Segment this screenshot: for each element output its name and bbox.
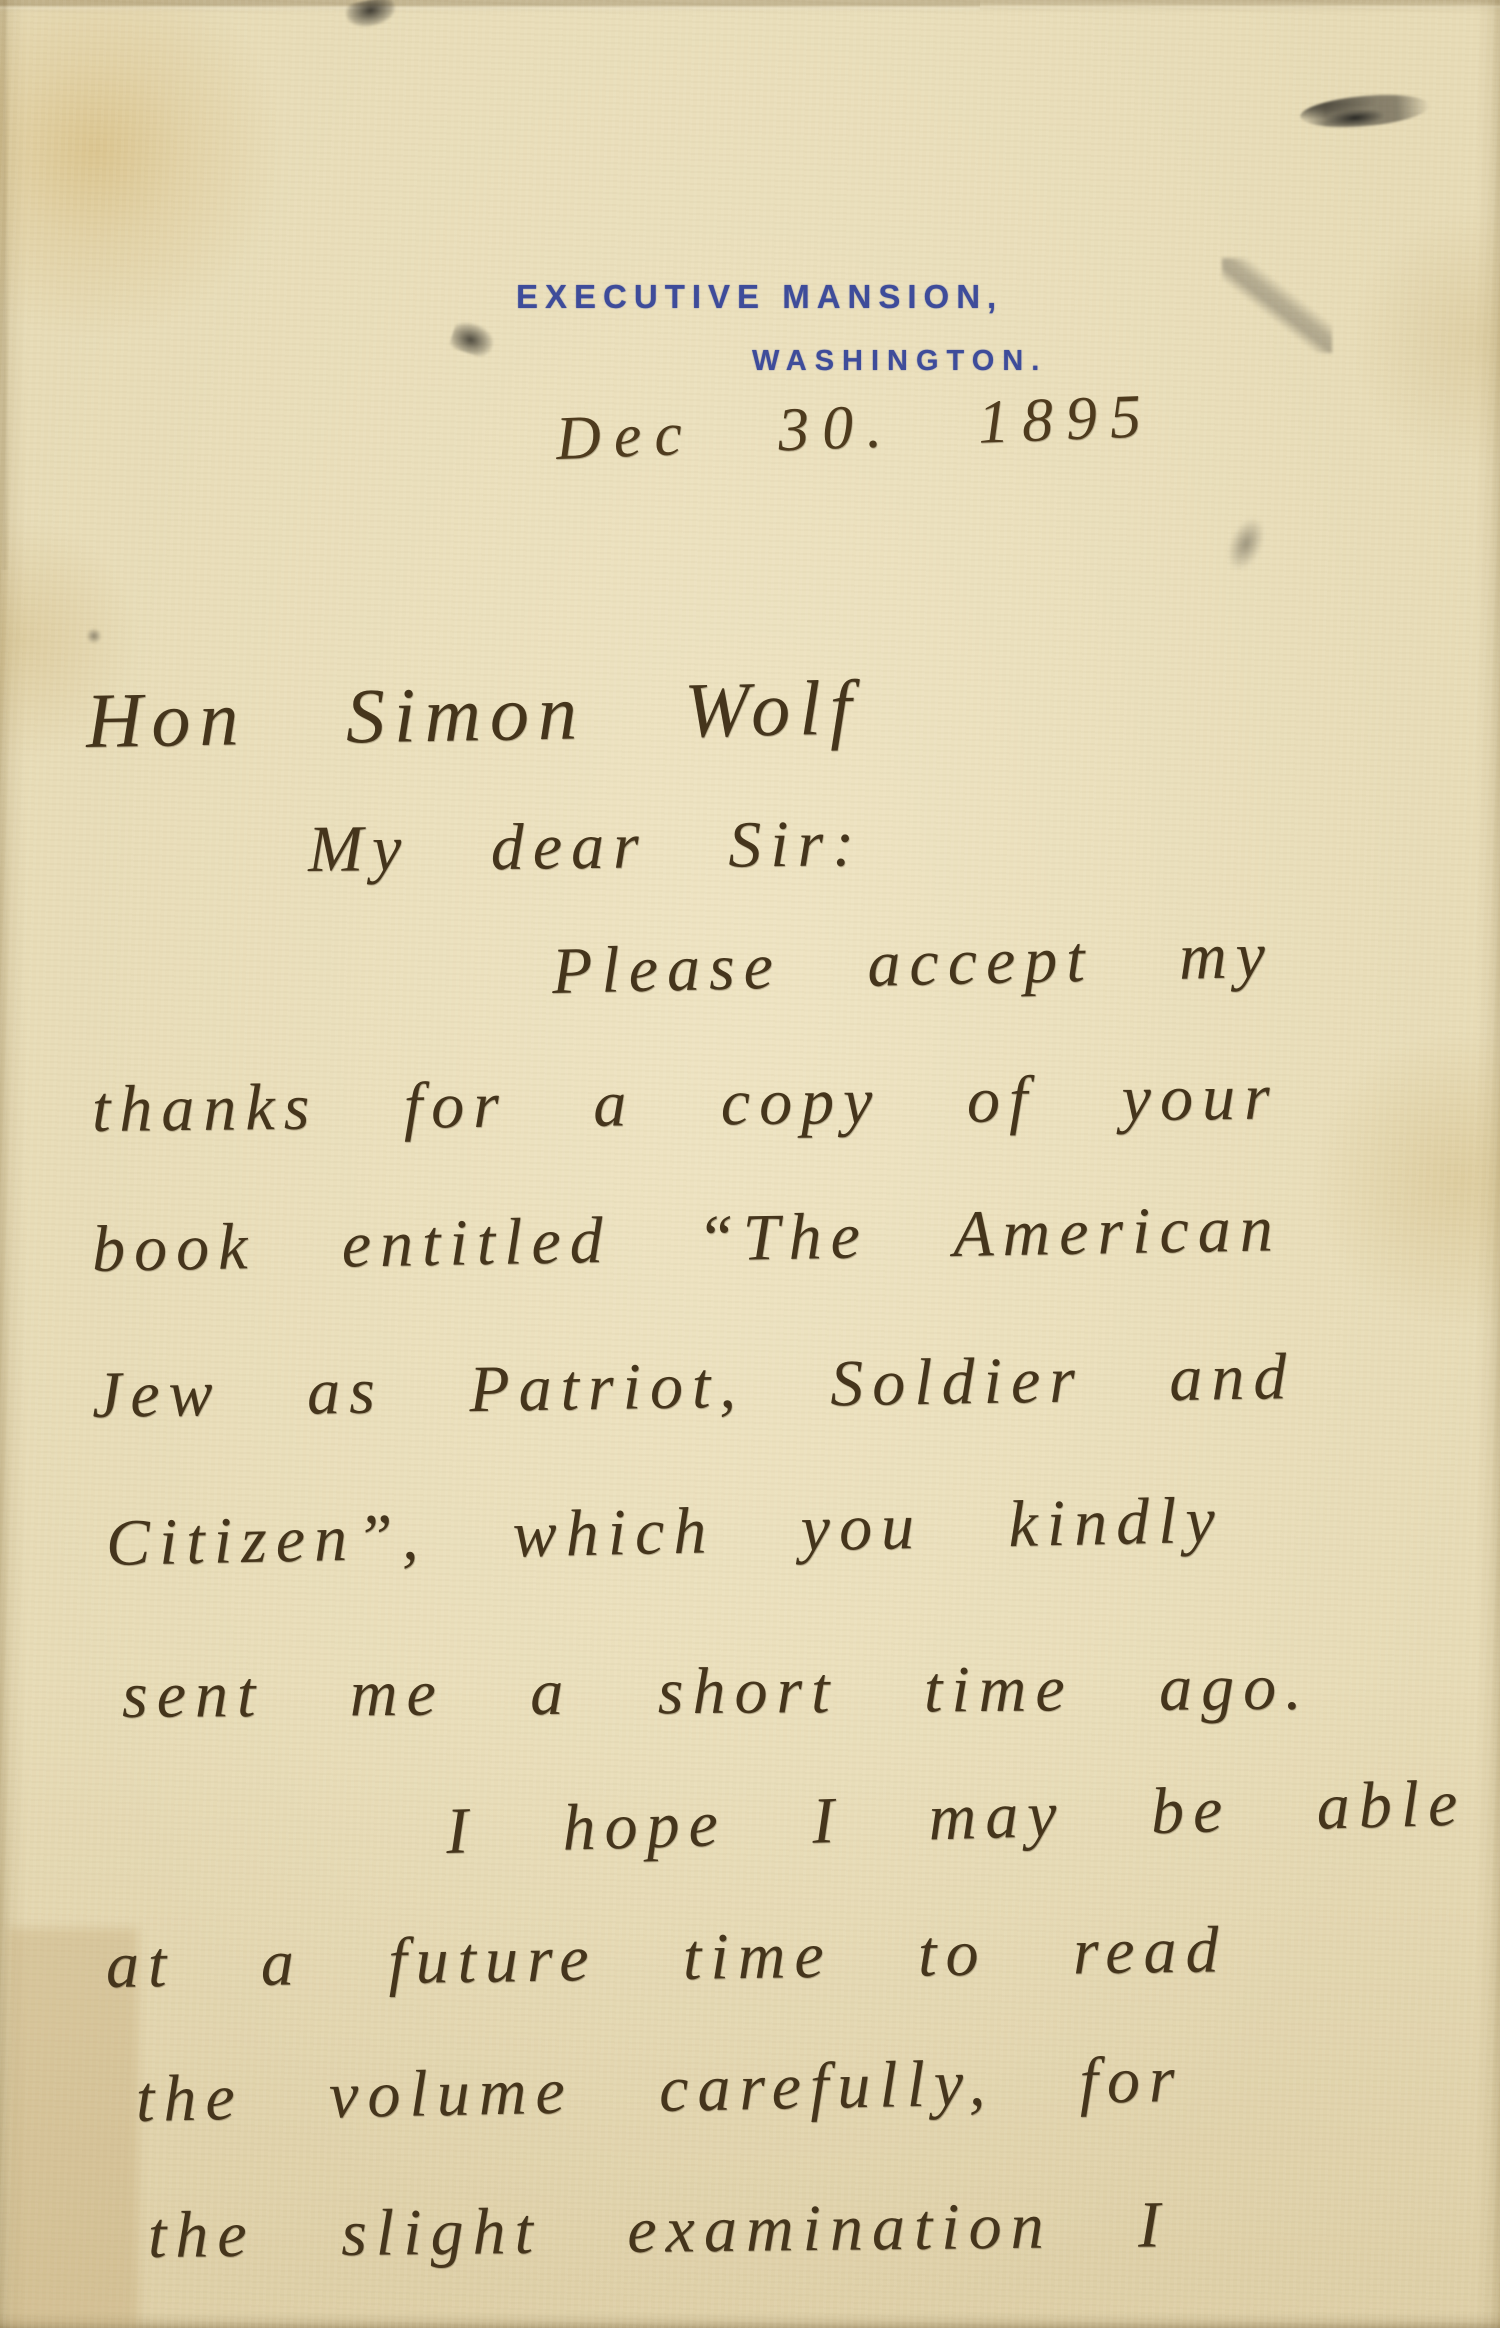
fold-crease-vertical <box>0 0 9 570</box>
body-line: I hope I may be able <box>445 1766 1467 1870</box>
body-line: Jew as Patriot, Soldier and <box>91 1339 1296 1434</box>
body-line: sent me a short time ago. <box>122 1650 1311 1734</box>
ink-smudge-right-mid <box>1220 512 1272 576</box>
letterhead-line1: EXECUTIVE MANSION, <box>516 278 1003 316</box>
pencil-smudge-right <box>1222 258 1332 353</box>
ink-smudge-below-letterhead <box>448 318 497 360</box>
ink-smudge-top-center <box>344 0 398 31</box>
body-line: thanks for a copy of your <box>92 1060 1279 1148</box>
fold-crease-middle <box>0 0 980 12</box>
body-line: the slight examination I <box>148 2187 1170 2274</box>
body-line: at a future time to read <box>105 1912 1227 2004</box>
ink-smudge-top-right <box>1299 90 1431 131</box>
body-line: book entitled “The American <box>91 1191 1282 1288</box>
body-line: Citizen”, which you kindly <box>105 1483 1224 1582</box>
body-line: the volume carefully, for <box>135 2042 1184 2138</box>
letterhead-line2: WASHINGTON. <box>752 345 1047 378</box>
fold-crease-upper <box>0 0 1500 10</box>
date-line: Dec 30. 1895 <box>555 381 1156 475</box>
letter-scan: EXECUTIVE MANSION, WASHINGTON. Dec 30. 1… <box>0 0 1500 2328</box>
ink-dot-left-margin <box>86 628 102 644</box>
recipient-line: Hon Simon Wolf <box>85 662 861 766</box>
salutation-line: My dear Sir: <box>308 806 864 888</box>
body-line: Please accept my <box>551 918 1275 1010</box>
